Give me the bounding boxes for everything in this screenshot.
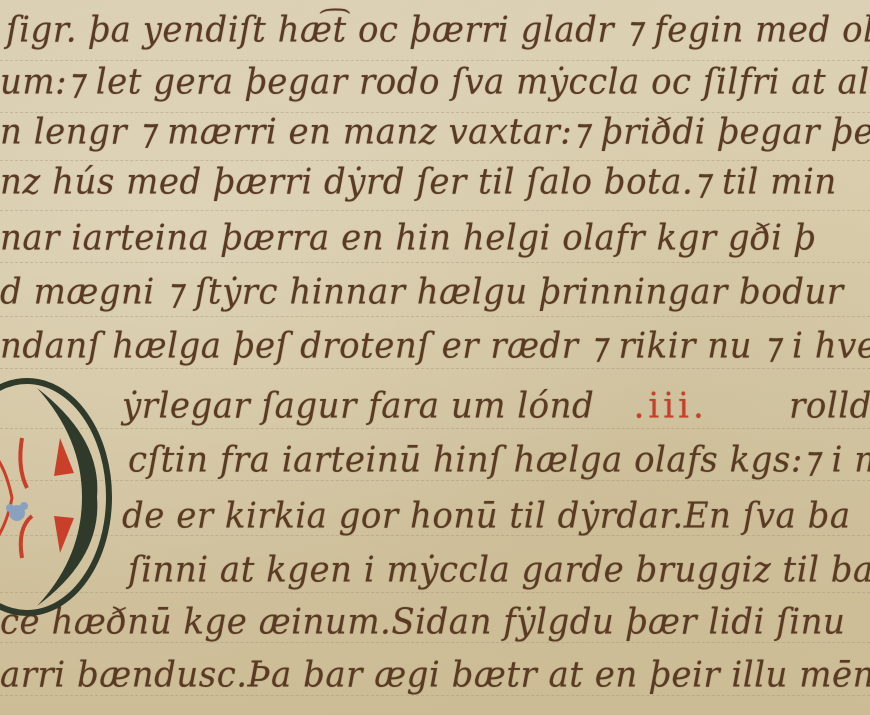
ruling-line [0, 592, 870, 593]
text-line: nar iarteina þærra en hin helgi olafr kg… [0, 217, 816, 259]
text-line: nz hús med þærri dẏrd ſer til ſalo bota.… [0, 161, 837, 203]
text-line: de er kirkia gor honū til dẏrdar.En ſva … [122, 495, 851, 537]
decorated-initial-d [0, 378, 112, 616]
text-line: ẏrlegar ſagur fara um lónd .iii. rolld [122, 385, 870, 427]
line-text: ẏrlegar ſagur fara um lónd [122, 385, 594, 427]
text-line: ce hæðnū kge æinum.Sidan fẏlgdu þær lidi… [0, 601, 845, 643]
text-line: cſtin fra iarteinū hinſ hælga olafs kgs:… [128, 439, 870, 481]
text-line: arri bændusc.Þa bar ægi bætr at en þeir … [0, 654, 870, 696]
ruling-line [0, 262, 870, 263]
text-line: n lengr ⁊ mærri en manz vaxtar:⁊ þriðdi … [0, 111, 870, 153]
line-text-end: rolld [789, 385, 870, 427]
text-line: d mægni ⁊ ſtẏrc hinnar hælgu þrinningar … [0, 271, 844, 313]
ruling-line [0, 316, 870, 317]
manuscript-page: ſigr. þa yendiſt hæ͡t oc þærri gladr ⁊ f… [0, 0, 870, 715]
ruling-line [0, 210, 870, 211]
text-line: ſinni at kgen i mẏccla garde bruggiz til… [128, 549, 870, 591]
ruling-line [0, 368, 870, 369]
text-line: ſigr. þa yendiſt hæ͡t oc þærri gladr ⁊ f… [6, 9, 870, 51]
ruling-line [0, 428, 870, 429]
rubric-numeral: .iii. [634, 385, 708, 427]
text-line: um:⁊ let gera þegar rodo ſva mẏccla oc ſ… [0, 61, 870, 103]
text-line: ndanſ hælga þeſ drotenſ er rædr ⁊ rikir … [0, 325, 870, 367]
